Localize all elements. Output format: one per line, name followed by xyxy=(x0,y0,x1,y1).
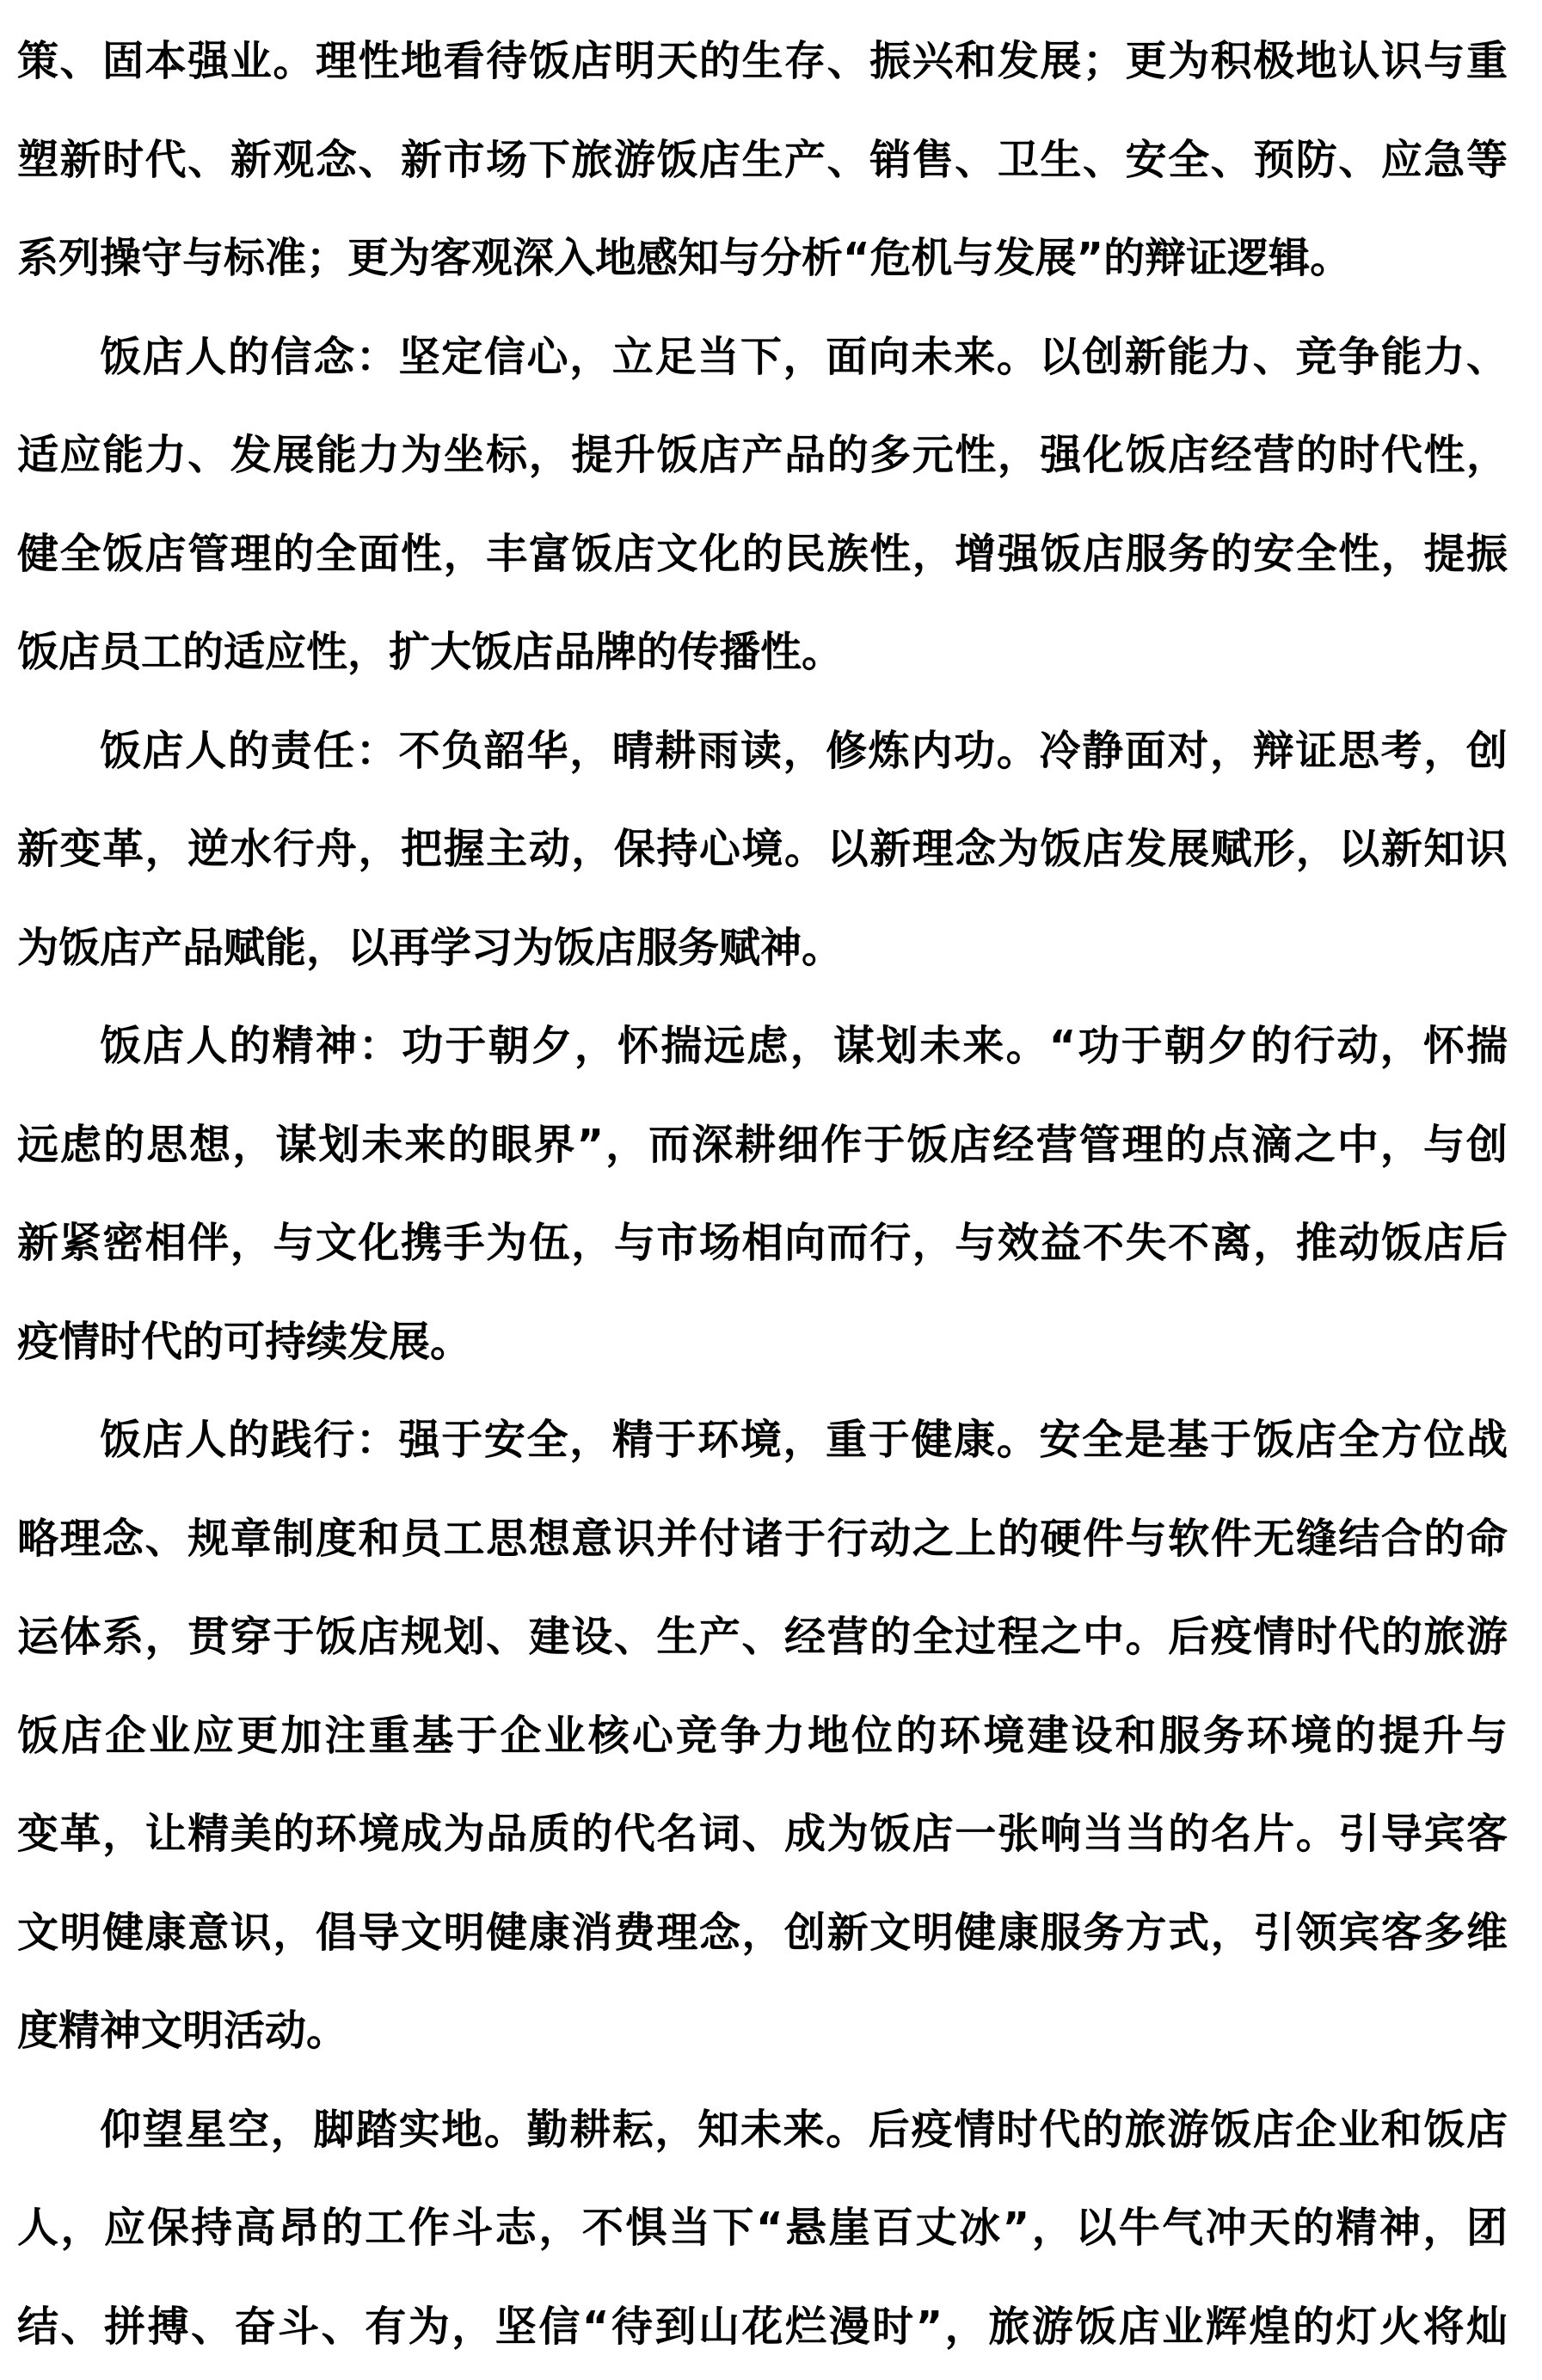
text-line: 适应能力、发展能力为坐标，提升饭店产品的多元性，强化饭店经营的时代性， xyxy=(17,406,1508,505)
text-line: 新紧密相伴，与文化携手为伍，与市场相向而行，与效益不失不离，推动饭店后 xyxy=(17,1194,1508,1293)
text-line: 略理念、规章制度和员工思想意识并付诸于行动之上的硬件与软件无缝结合的命 xyxy=(17,1490,1508,1589)
text-line: 文明健康意识，倡导文明健康消费理念，创新文明健康服务方式，引领宾客多维 xyxy=(17,1884,1508,1983)
document-page: 策、固本强业。理性地看待饭店明天的生存、振兴和发展；更为积极地认识与重塑新时代、… xyxy=(0,0,1542,2380)
text-line: 疫情时代的可持续发展。 xyxy=(17,1293,1508,1392)
text-line: 结、拼搏、奋斗、有为，坚信“待到山花烂漫时”，旅游饭店业辉煌的灯火将灿 xyxy=(17,2278,1508,2377)
document-text-block: 策、固本强业。理性地看待饭店明天的生存、振兴和发展；更为积极地认识与重塑新时代、… xyxy=(0,0,1542,2376)
text-line: 饭店人的践行：强于安全，精于环境，重于健康。安全是基于饭店全方位战 xyxy=(17,1391,1508,1490)
text-line: 新变革，逆水行舟，把握主动，保持心境。以新理念为饭店发展赋形，以新知识 xyxy=(17,800,1508,899)
text-line: 饭店人的责任：不负韶华，晴耕雨读，修炼内功。冷静面对，辩证思考，创 xyxy=(17,702,1508,801)
text-line: 策、固本强业。理性地看待饭店明天的生存、振兴和发展；更为积极地认识与重 xyxy=(17,12,1508,111)
text-line: 饭店人的信念：坚定信心，立足当下，面向未来。以创新能力、竞争能力、 xyxy=(17,308,1508,407)
text-line: 为饭店产品赋能，以再学习为饭店服务赋神。 xyxy=(17,899,1508,998)
text-line: 变革，让精美的环境成为品质的代名词、成为饭店一张响当当的名片。引导宾客 xyxy=(17,1785,1508,1884)
text-line: 塑新时代、新观念、新市场下旅游饭店生产、销售、卫生、安全、预防、应急等 xyxy=(17,111,1508,210)
text-line: 饭店人的精神：功于朝夕，怀揣远虑，谋划未来。“功于朝夕的行动，怀揣 xyxy=(17,997,1508,1096)
text-line: 仰望星空，脚踏实地。勤耕耘，知未来。后疫情时代的旅游饭店企业和饭店 xyxy=(17,2081,1508,2180)
text-line: 健全饭店管理的全面性，丰富饭店文化的民族性，增强饭店服务的安全性，提振 xyxy=(17,505,1508,604)
text-line: 度精神文明活动。 xyxy=(17,1982,1508,2081)
text-line: 远虑的思想，谋划未来的眼界”，而深耕细作于饭店经营管理的点滴之中，与创 xyxy=(17,1096,1508,1195)
text-line: 系列操守与标准；更为客观深入地感知与分析“危机与发展”的辩证逻辑。 xyxy=(17,209,1508,308)
text-line: 饭店员工的适应性，扩大饭店品牌的传播性。 xyxy=(17,603,1508,702)
text-line: 运体系，贯穿于饭店规划、建设、生产、经营的全过程之中。后疫情时代的旅游 xyxy=(17,1588,1508,1687)
text-line: 人，应保持高昂的工作斗志，不惧当下“悬崖百丈冰”，以牛气冲天的精神，团 xyxy=(17,2179,1508,2278)
text-line: 饭店企业应更加注重基于企业核心竞争力地位的环境建设和服务环境的提升与 xyxy=(17,1687,1508,1786)
